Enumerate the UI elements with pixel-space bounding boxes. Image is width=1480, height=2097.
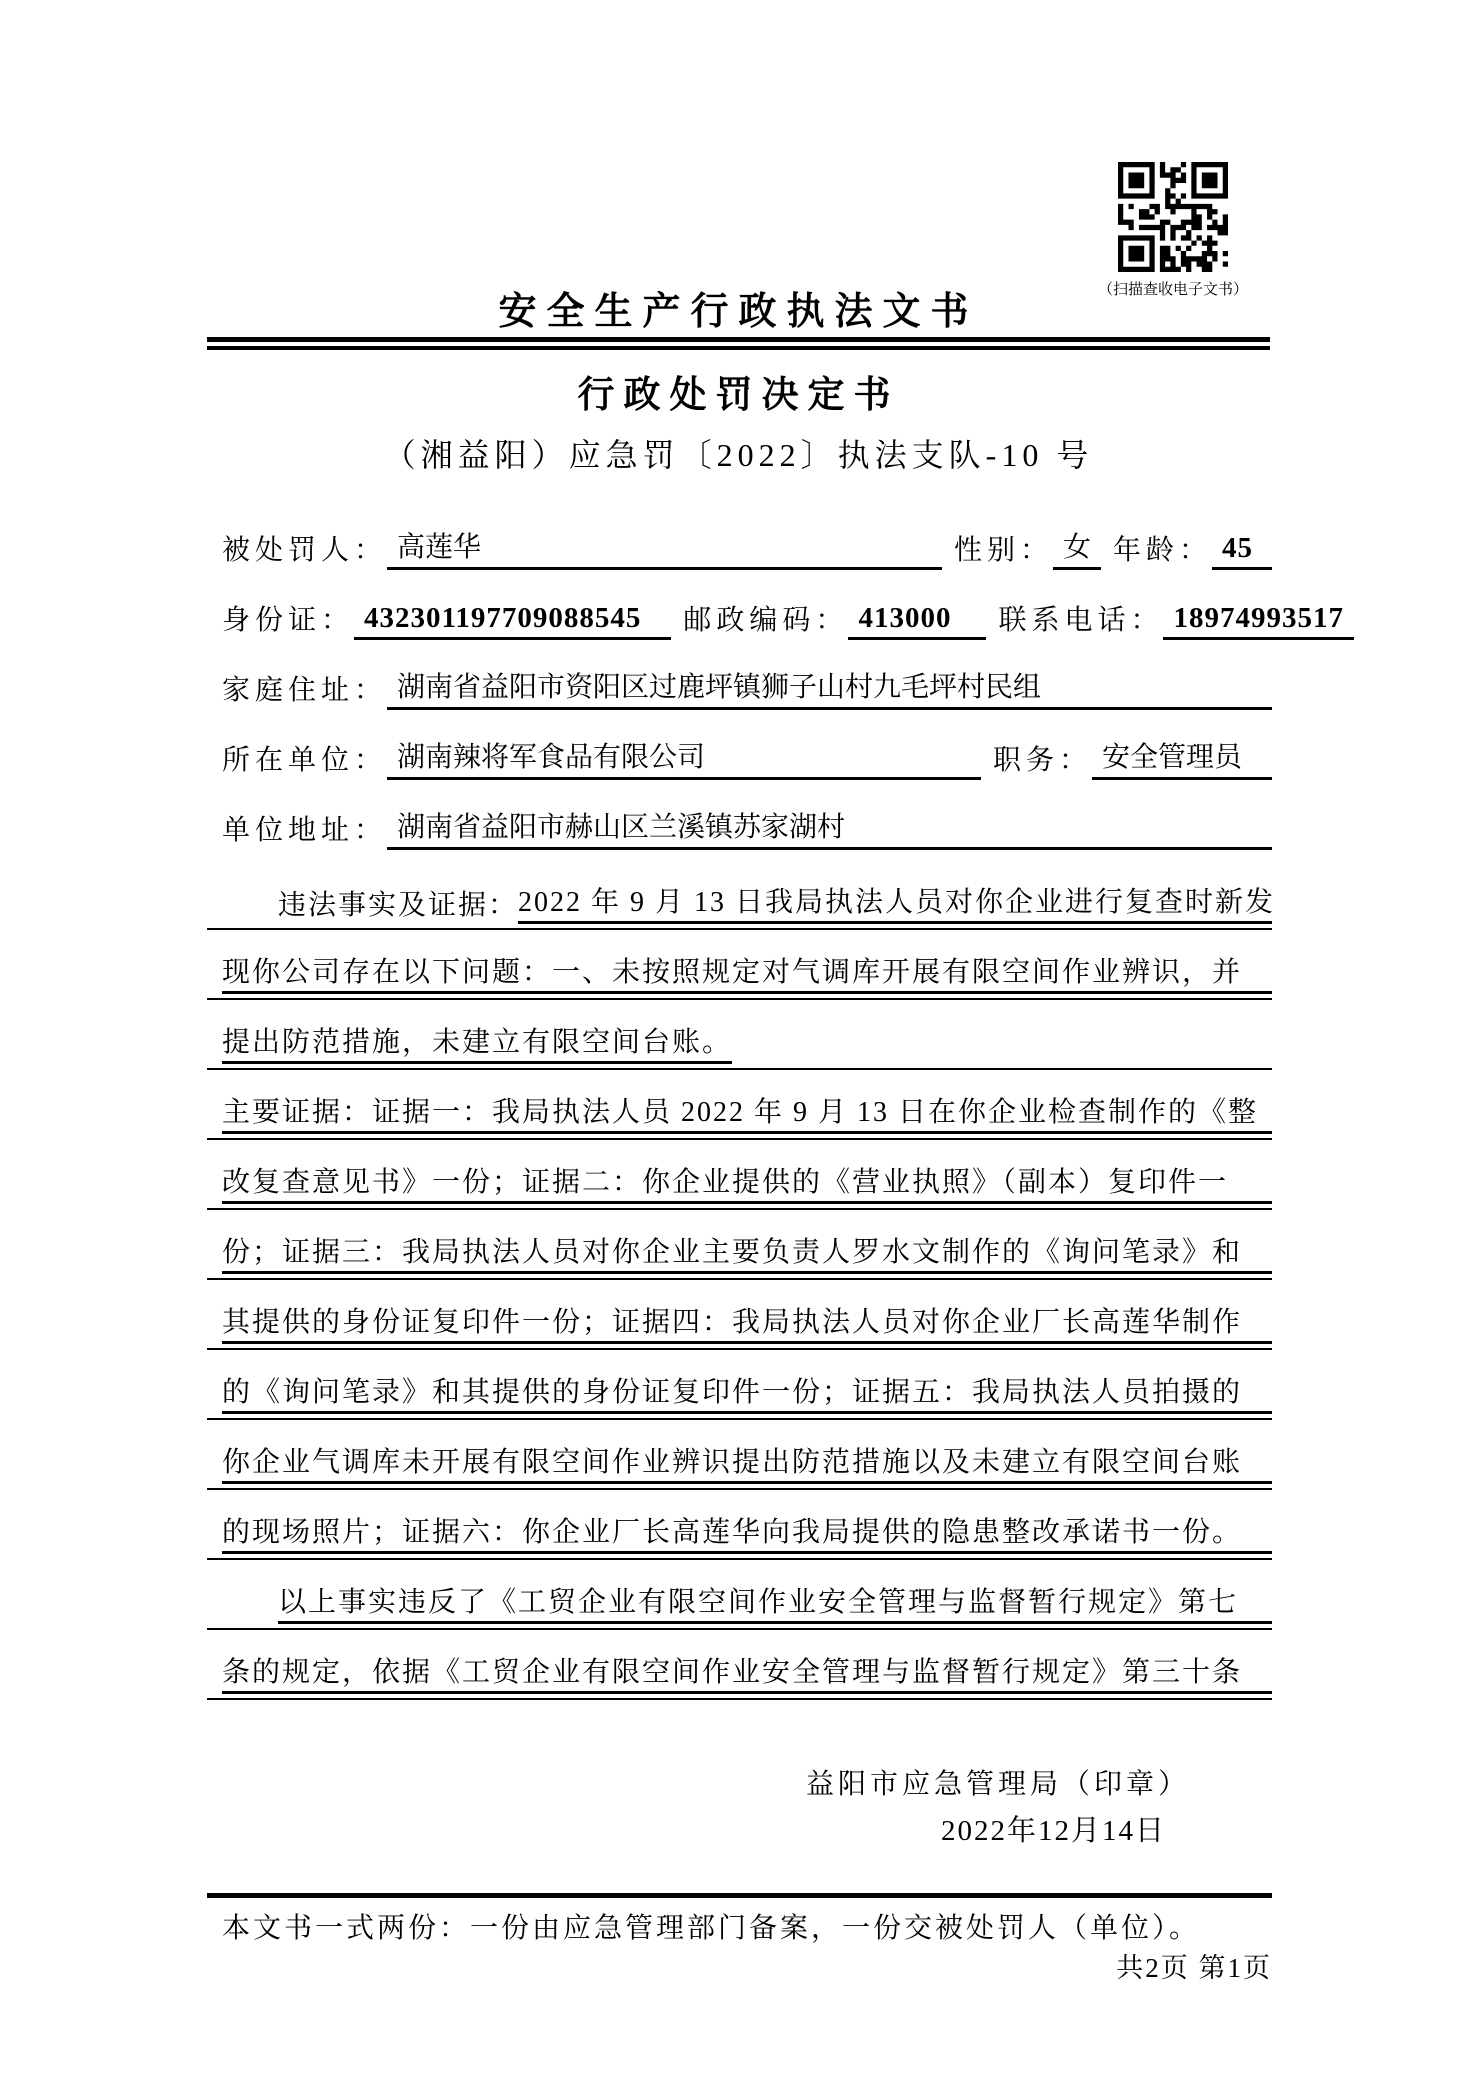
header-double-rule	[207, 337, 1270, 350]
body-line: 现你公司存在以下问题：一、未按照规定对气调库开展有限空间作业辨识，并	[207, 930, 1272, 1000]
row-employer-address: 单位地址： 湖南省益阳市赫山区兰溪镇苏家湖村	[222, 818, 1272, 850]
qr-code-icon	[1118, 162, 1228, 272]
row-employer: 所在单位： 湖南辣将军食品有限公司 职务： 安全管理员	[222, 748, 1272, 780]
body-line-text: 的现场照片；证据六：你企业厂长高莲华向我局提供的隐患整改承诺书一份。	[222, 1510, 1272, 1554]
body-line: 你企业气调库未开展有限空间作业辨识提出防范措施以及未建立有限空间台账	[207, 1420, 1272, 1490]
body-line-text: 以上事实违反了《工贸企业有限空间作业安全管理与监督暂行规定》第七	[278, 1580, 1272, 1624]
employer-label: 所在单位：	[222, 738, 387, 780]
phone-value: 18974993517	[1163, 602, 1354, 640]
id-card-value: 432301197709088545	[354, 602, 671, 640]
row-id-contact: 身份证： 432301197709088545 邮政编码： 413000 联系电…	[222, 608, 1272, 640]
home-address-value: 湖南省益阳市资阳区过鹿坪镇狮子山村九毛坪村民组	[387, 665, 1272, 710]
row-penalized-person: 被处罚人： 高莲华 性别： 女 年龄： 45	[222, 538, 1272, 570]
issue-date: 2022年12月14日	[207, 1808, 1272, 1849]
qr-block: （扫描查收电子文书）	[1098, 162, 1248, 299]
doc-number: （湘益阳）应急罚〔2022〕执法支队-10 号	[207, 430, 1270, 476]
penalty-decision-document: （扫描查收电子文书） 安全生产行政执法文书 行政处罚决定书 （湘益阳）应急罚〔2…	[0, 0, 1480, 2097]
employer-address-label: 单位地址：	[222, 808, 387, 850]
body-line-text: 你企业气调库未开展有限空间作业辨识提出防范措施以及未建立有限空间台账	[222, 1440, 1272, 1484]
body-line: 其提供的身份证复印件一份；证据四：我局执法人员对你企业厂长高莲华制作	[207, 1280, 1272, 1350]
job-title-value: 安全管理员	[1092, 735, 1272, 780]
postal-code-label: 邮政编码：	[683, 598, 848, 640]
body-line: 条的规定，依据《工贸企业有限空间作业安全管理与监督暂行规定》第三十条	[207, 1630, 1272, 1700]
body-line: 份；证据三：我局执法人员对你企业主要负责人罗水文制作的《询问笔录》和	[207, 1210, 1272, 1280]
gender-label: 性别：	[954, 528, 1053, 570]
postal-code-value: 413000	[848, 602, 986, 640]
body-line: 的《询问笔录》和其提供的身份证复印件一份；证据五：我局执法人员拍摄的	[207, 1350, 1272, 1420]
phone-label: 联系电话：	[998, 598, 1163, 640]
body-line-text: 现你公司存在以下问题：一、未按照规定对气调库开展有限空间作业辨识，并	[222, 950, 1272, 994]
body-line-text: 主要证据：证据一：我局执法人员 2022 年 9 月 13 日在你企业检查制作的…	[222, 1090, 1272, 1134]
employer-value: 湖南辣将军食品有限公司	[387, 735, 981, 780]
body-line-text: 份；证据三：我局执法人员对你企业主要负责人罗水文制作的《询问笔录》和	[222, 1230, 1272, 1274]
body-line-text: 2022 年 9 月 13 日我局执法人员对你企业进行复查时新发	[518, 880, 1272, 924]
job-title-label: 职务：	[993, 738, 1092, 780]
body-line: 主要证据：证据一：我局执法人员 2022 年 9 月 13 日在你企业检查制作的…	[207, 1070, 1272, 1140]
body-line-text: 提出防范措施，未建立有限空间台账。	[222, 1020, 732, 1064]
pagination: 共2页 第1页	[207, 1946, 1272, 1985]
employer-address-value: 湖南省益阳市赫山区兰溪镇苏家湖村	[387, 805, 1272, 850]
home-address-label: 家庭住址：	[222, 668, 387, 710]
issuing-authority: 益阳市应急管理局（印章）	[207, 1762, 1272, 1802]
body-line-text: 改复查意见书》一份；证据二：你企业提供的《营业执照》（副本）复印件一	[222, 1160, 1272, 1204]
body-line: 提出防范措施，未建立有限空间台账。	[207, 1000, 1272, 1070]
body-line: 改复查意见书》一份；证据二：你企业提供的《营业执照》（副本）复印件一	[207, 1140, 1272, 1210]
body-line-text: 的《询问笔录》和其提供的身份证复印件一份；证据五：我局执法人员拍摄的	[222, 1370, 1272, 1414]
gender-value: 女	[1053, 525, 1101, 570]
footer-note: 本文书一式两份：一份由应急管理部门备案，一份交被处罚人（单位）。	[222, 1906, 1272, 1946]
body-line: 以上事实违反了《工贸企业有限空间作业安全管理与监督暂行规定》第七	[207, 1560, 1272, 1630]
footer-rule	[207, 1893, 1272, 1898]
row-home-address: 家庭住址： 湖南省益阳市资阳区过鹿坪镇狮子山村九毛坪村民组	[222, 678, 1272, 710]
body-line: 违法事实及证据： 2022 年 9 月 13 日我局执法人员对你企业进行复查时新…	[207, 860, 1272, 930]
doc-type-title: 安全生产行政执法文书	[207, 280, 1270, 335]
age-value: 45	[1212, 532, 1272, 570]
page-title: 行政处罚决定书	[207, 364, 1270, 418]
body-line-text: 条的规定，依据《工贸企业有限空间作业安全管理与监督暂行规定》第三十条	[222, 1650, 1272, 1694]
body-line-text: 其提供的身份证复印件一份；证据四：我局执法人员对你企业厂长高莲华制作	[222, 1300, 1272, 1344]
age-label: 年龄：	[1113, 528, 1212, 570]
facts-label: 违法事实及证据：	[278, 883, 518, 924]
penalized-person-label: 被处罚人：	[222, 528, 387, 570]
body-text: 违法事实及证据： 2022 年 9 月 13 日我局执法人员对你企业进行复查时新…	[207, 860, 1272, 1700]
id-card-label: 身份证：	[222, 598, 354, 640]
penalized-person-value: 高莲华	[387, 525, 942, 570]
body-line: 的现场照片；证据六：你企业厂长高莲华向我局提供的隐患整改承诺书一份。	[207, 1490, 1272, 1560]
form-fields: 被处罚人： 高莲华 性别： 女 年龄： 45 身份证： 432301197709…	[207, 538, 1272, 888]
